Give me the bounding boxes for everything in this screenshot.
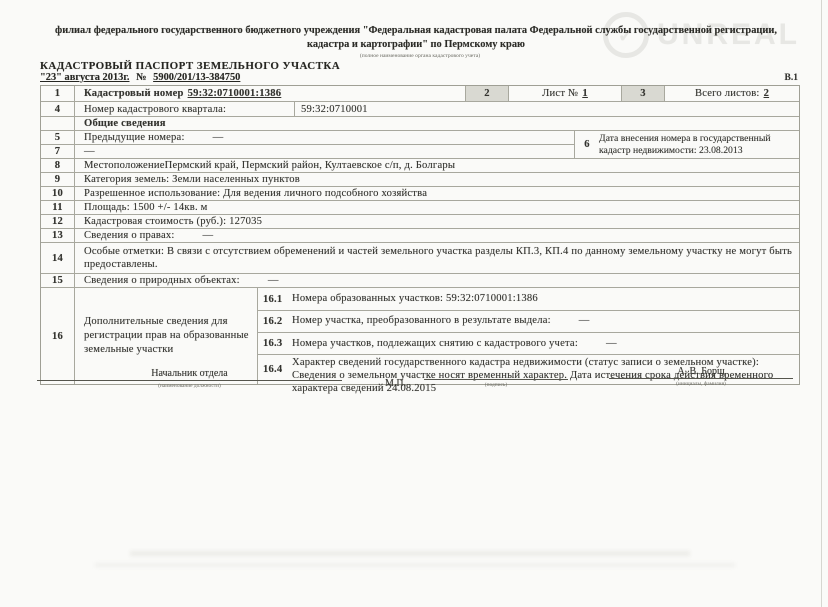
sheet-number-cell: Лист № 1 (509, 86, 621, 101)
org-name-line2: кадастра и картографии" по Пермскому кра… (38, 38, 794, 52)
cell-2-number: 2 (465, 86, 509, 101)
form-code: В.1 (785, 73, 798, 83)
removal-parcels-label: Номера участков, подлежащих снятию с кад… (292, 337, 578, 350)
row-number: 8 (41, 159, 75, 172)
row-number: 1 (41, 86, 75, 101)
area-text: Площадь: 1500 +/- 14кв. м (75, 201, 799, 214)
cadastral-number-cell: Кадастровый номер 59:32:0710001:1386 (75, 86, 465, 101)
table-row-16-3: 16.3 Номера участков, подлежащих снятию … (258, 332, 799, 354)
org-name-line1: филиал федерального государственного бюд… (38, 24, 794, 38)
quarter-number-value: 59:32:0710001 (295, 102, 799, 116)
position-underline (37, 380, 342, 381)
name-caption: (инициалы, фамилия) (609, 381, 793, 387)
row-number: 11 (41, 201, 75, 214)
natural-objects-cell: Сведения о природных объектах: — (75, 274, 799, 287)
signature-underline (424, 379, 568, 380)
table-row-16-1: 16.1 Номера образованных участков: 59:32… (258, 288, 799, 309)
table-row-12: 12 Кадастровая стоимость (руб.): 127035 (41, 214, 799, 228)
name-underline (609, 378, 793, 379)
permitted-use-text: Разрешенное использование: Для ведения л… (75, 187, 799, 200)
sheet-label: Лист № (542, 88, 578, 99)
rows-5-7-block: 5 Предыдущие номера: — 7 — (41, 131, 575, 158)
row-number: 5 (41, 131, 75, 144)
table-row-5: 5 Предыдущие номера: — (41, 131, 574, 144)
formed-parcels-text: Номера образованных участков: 59:32:0710… (290, 288, 799, 309)
row-number: 13 (41, 229, 75, 242)
table-row-1: 1 Кадастровый номер 59:32:0710001:1386 2… (41, 86, 799, 101)
table-row-13: 13 Сведения о правах: — (41, 228, 799, 242)
previous-numbers-cell: Предыдущие номера: — (75, 131, 574, 144)
land-category-text: Категория земель: Земли населенных пункт… (75, 173, 799, 186)
empty-value-dash: — (203, 230, 214, 241)
page-edge-artifact (821, 0, 822, 607)
cadastral-number-label: Кадастровый номер (84, 88, 184, 99)
bleed-through-artifact (130, 551, 690, 556)
total-sheets-label: Всего листов: (695, 88, 760, 99)
cadastral-number-value: 59:32:0710001:1386 (188, 88, 282, 99)
row-number: 14 (41, 243, 75, 273)
previous-numbers-label: Предыдущие номера: (84, 132, 185, 143)
signer-position: Начальник отдела (37, 368, 342, 379)
table-row-10: 10 Разрешенное использование: Для ведени… (41, 186, 799, 200)
cadastral-value-text: Кадастровая стоимость (руб.): 127035 (75, 215, 799, 228)
natural-objects-label: Сведения о природных объектах: (84, 275, 240, 286)
table-row-9: 9 Категория земель: Земли населенных пун… (41, 172, 799, 186)
row-number: 9 (41, 173, 75, 186)
org-name-heading: филиал федерального государственного бюд… (38, 24, 794, 51)
total-sheets-value: 2 (764, 88, 770, 99)
stamp-placeholder: М.П. (385, 378, 406, 389)
row-number: 16.2 (258, 311, 290, 332)
signer-name: А. В. Борщ (609, 366, 793, 377)
row-number-empty (41, 117, 75, 130)
document-title: КАДАСТРОВЫЙ ПАСПОРТ ЗЕМЕЛЬНОГО УЧАСТКА (40, 60, 340, 72)
empty-value-dash: — (213, 132, 224, 143)
table-row-8: 8 МестоположениеПермский край, Пермский … (41, 158, 799, 172)
sheet-value: 1 (582, 88, 588, 99)
document-number-line: "23" августа 2013г. № 5900/201/13-384750 (40, 72, 244, 83)
cadastral-table: 1 Кадастровый номер 59:32:0710001:1386 2… (40, 85, 800, 385)
signature-caption: (подпись) (424, 382, 568, 388)
table-row-16-2: 16.2 Номер участка, преобразованного в р… (258, 310, 799, 332)
org-caption: (полное наименование органа кадастрового… (260, 53, 580, 59)
location-text: МестоположениеПермский край, Пермский ра… (75, 159, 799, 172)
bleed-through-artifact (95, 563, 735, 567)
row-number: 6 (578, 139, 596, 150)
row-number: 16.3 (258, 333, 290, 354)
empty-value-dash: — (268, 275, 279, 286)
table-row-7: 7 — (41, 144, 574, 158)
row-7-cell: — (75, 145, 574, 158)
rights-info-label: Сведения о правах: (84, 230, 175, 241)
table-row-14: 14 Особые отметки: В связи с отсутствием… (41, 242, 799, 273)
cell-3-number: 3 (621, 86, 665, 101)
quarter-number-label: Номер кадастрового квартала: (75, 102, 295, 116)
empty-value-dash: — (84, 146, 95, 157)
table-rows-5-6-7: 5 Предыдущие номера: — 7 — 6 Дата внесен… (41, 130, 799, 158)
row-number: 4 (41, 102, 75, 116)
scanned-cadastral-passport: ✓ UNREAL филиал федерального государстве… (0, 0, 828, 607)
position-caption: (наименование должности) (37, 383, 342, 389)
registration-date-text: Дата внесения номера в государственный к… (596, 133, 796, 156)
total-sheets-cell: Всего листов: 2 (665, 86, 799, 101)
document-number: 5900/201/13-384750 (153, 72, 240, 83)
removal-parcels-cell: Номера участков, подлежащих снятию с кад… (290, 333, 799, 354)
number-sign: № (136, 72, 146, 83)
empty-value-dash: — (579, 314, 590, 327)
table-row-15: 15 Сведения о природных объектах: — (41, 273, 799, 287)
section-header: Общие сведения (75, 117, 799, 130)
table-cell-6: 6 Дата внесения номера в государственный… (575, 131, 799, 158)
transformed-parcel-label: Номер участка, преобразованного в резуль… (292, 314, 551, 327)
row-number: 16.1 (258, 288, 290, 309)
row-number: 15 (41, 274, 75, 287)
special-notes-text: Особые отметки: В связи с отсутствием об… (75, 243, 799, 273)
transformed-parcel-cell: Номер участка, преобразованного в резуль… (290, 311, 799, 332)
table-row-4: 4 Номер кадастрового квартала: 59:32:071… (41, 101, 799, 116)
document-date: "23" августа 2013г. (40, 72, 130, 83)
rights-info-cell: Сведения о правах: — (75, 229, 799, 242)
row-number: 7 (41, 145, 75, 158)
row-number: 10 (41, 187, 75, 200)
table-row-11: 11 Площадь: 1500 +/- 14кв. м (41, 200, 799, 214)
section-header-row: Общие сведения (41, 116, 799, 130)
row-number: 12 (41, 215, 75, 228)
empty-value-dash: — (606, 337, 617, 350)
